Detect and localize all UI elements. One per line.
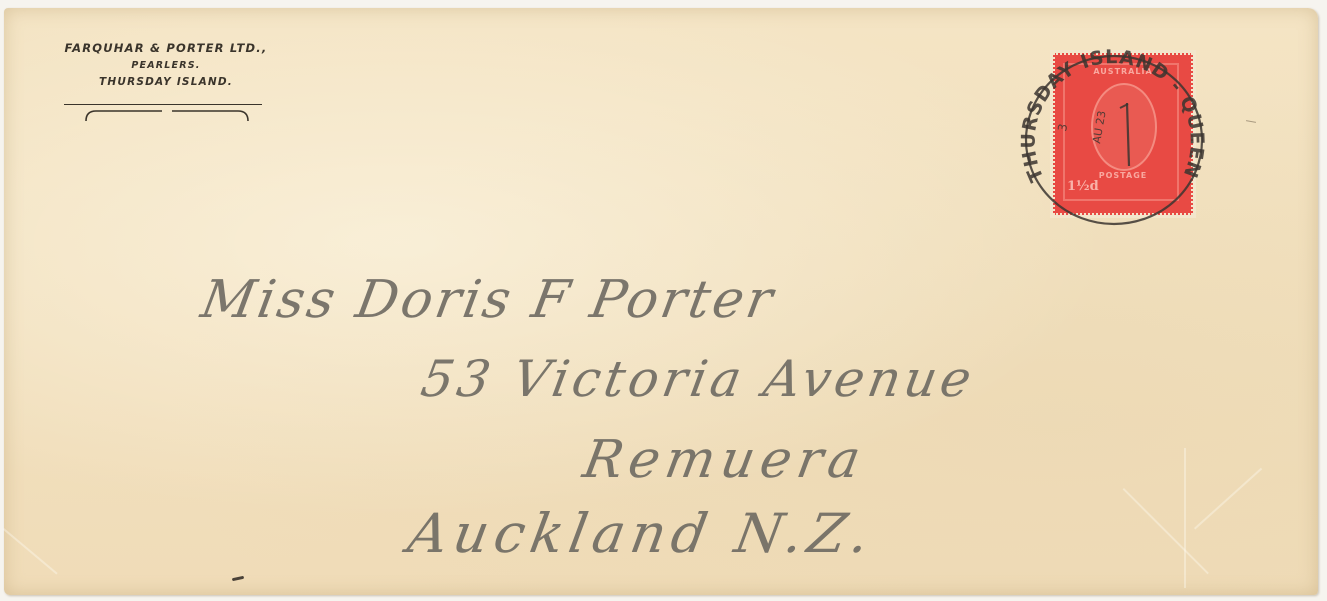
crease-line: [1123, 488, 1209, 574]
postmark-cancellation: THURSDAY ISLAND - QUEENSLAND AU 23 3: [1014, 48, 1214, 233]
letterhead-bracket-ornament: [82, 108, 252, 122]
svg-text:THURSDAY ISLAND - QUEENSLAND: THURSDAY ISLAND - QUEENSLAND: [1014, 48, 1208, 185]
svg-text:3: 3: [1055, 123, 1070, 133]
recipient-street: 53 Victoria Avenue: [417, 350, 980, 408]
postmark-text: THURSDAY ISLAND - QUEENSLAND: [1014, 48, 1208, 185]
recipient-suburb: Remuera: [579, 430, 871, 490]
recipient-name: Miss Doris F Porter: [197, 270, 780, 330]
letterhead-trade: PEARLERS.: [16, 58, 316, 73]
letterhead-company: FARQUHAR & PORTER LTD.,: [16, 40, 316, 56]
recipient-city: Auckland N.Z.: [403, 502, 880, 565]
letterhead: FARQUHAR & PORTER LTD., PEARLERS. THURSD…: [16, 40, 316, 90]
crease-line: [3, 528, 58, 575]
letterhead-location: THURSDAY ISLAND.: [16, 75, 316, 90]
pencil-mark: [1246, 120, 1256, 123]
crease-line: [1194, 468, 1262, 530]
crease-line: [1184, 448, 1186, 588]
postmark-date: AU 23: [1090, 110, 1109, 145]
letterhead-rule: [64, 104, 262, 105]
ink-scuff-mark: [232, 576, 244, 581]
envelope: FARQUHAR & PORTER LTD., PEARLERS. THURSD…: [4, 8, 1318, 595]
